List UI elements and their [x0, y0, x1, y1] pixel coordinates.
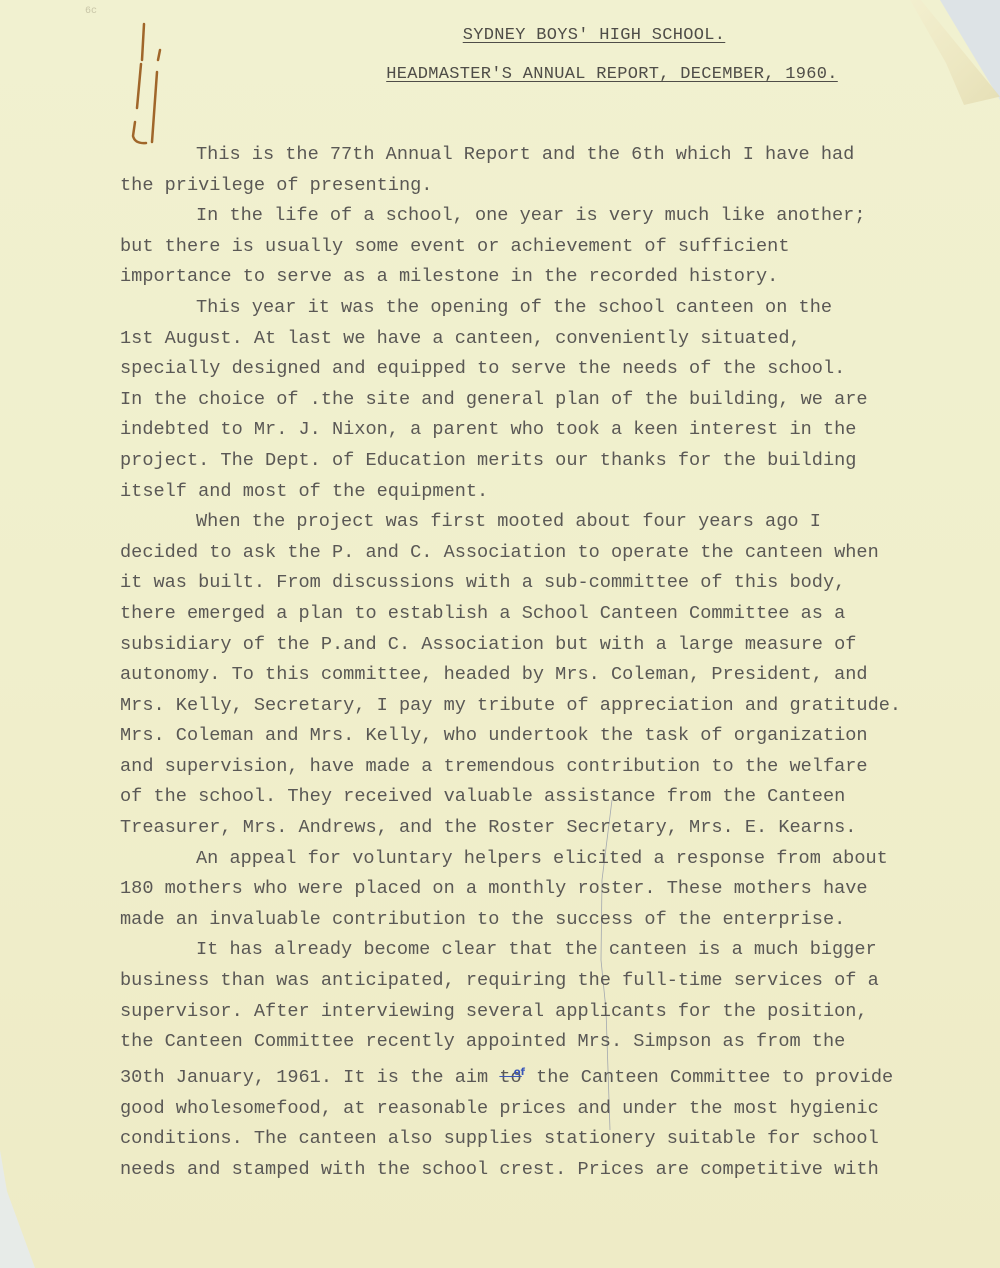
- text-line: the Canteen Committee recently appointed…: [120, 1027, 970, 1058]
- text-line: subsidiary of the P.and C. Association b…: [120, 630, 970, 661]
- text-line: Mrs. Coleman and Mrs. Kelly, who underto…: [120, 721, 970, 752]
- text-line: In the choice of .the site and general p…: [120, 385, 970, 416]
- handwritten-correction: of: [514, 1067, 525, 1078]
- text-line: itself and most of the equipment.: [120, 477, 970, 508]
- text-line: Mrs. Kelly, Secretary, I pay my tribute …: [120, 691, 970, 722]
- text-line: and supervision, have made a tremendous …: [120, 752, 970, 783]
- text-line: conditions. The canteen also supplies st…: [120, 1124, 970, 1155]
- text-line: This is the 77th Annual Report and the 6…: [120, 140, 970, 171]
- text-line: project. The Dept. of Education merits o…: [120, 446, 970, 477]
- text-line: When the project was first mooted about …: [120, 507, 970, 538]
- text-line: decided to ask the P. and C. Association…: [120, 538, 970, 569]
- text-line: An appeal for voluntary helpers elicited…: [120, 844, 970, 875]
- text-line: This year it was the opening of the scho…: [120, 293, 970, 324]
- text-line: specially designed and equipped to serve…: [120, 354, 970, 385]
- text-line: good wholesomefood, at reasonable prices…: [120, 1094, 970, 1125]
- text-segment: 30th January, 1961. It is the aim: [120, 1067, 499, 1088]
- text-line: it was built. From discussions with a su…: [120, 568, 970, 599]
- text-line: It has already become clear that the can…: [120, 935, 970, 966]
- text-line: but there is usually some event or achie…: [120, 232, 970, 263]
- text-line: the privilege of presenting.: [120, 171, 970, 202]
- text-line: 180 mothers who were placed on a monthly…: [120, 874, 970, 905]
- text-line: Treasurer, Mrs. Andrews, and the Roster …: [120, 813, 970, 844]
- text-line: there emerged a plan to establish a Scho…: [120, 599, 970, 630]
- text-line: importance to serve as a milestone in th…: [120, 262, 970, 293]
- text-line: autonomy. To this committee, headed by M…: [120, 660, 970, 691]
- text-line: 1st August. At last we have a canteen, c…: [120, 324, 970, 355]
- text-segment: the Canteen Committee to provide: [525, 1067, 893, 1088]
- text-line: business than was anticipated, requiring…: [120, 966, 970, 997]
- document-title: SYDNEY BOYS' HIGH SCHOOL.: [0, 26, 1000, 45]
- text-line-with-correction: 30th January, 1961. It is the aim toof t…: [120, 1058, 970, 1094]
- corner-annotation: 6c: [85, 6, 97, 17]
- report-body: This is the 77th Annual Report and the 6…: [120, 140, 970, 1185]
- text-line: indebted to Mr. J. Nixon, a parent who t…: [120, 415, 970, 446]
- text-line: made an invaluable contribution to the s…: [120, 905, 970, 936]
- document-subtitle: HEADMASTER'S ANNUAL REPORT, DECEMBER, 19…: [0, 65, 1000, 84]
- text-line: supervisor. After interviewing several a…: [120, 997, 970, 1028]
- text-line: needs and stamped with the school crest.…: [120, 1155, 970, 1186]
- text-line: of the school. They received valuable as…: [120, 782, 970, 813]
- text-line: In the life of a school, one year is ver…: [120, 201, 970, 232]
